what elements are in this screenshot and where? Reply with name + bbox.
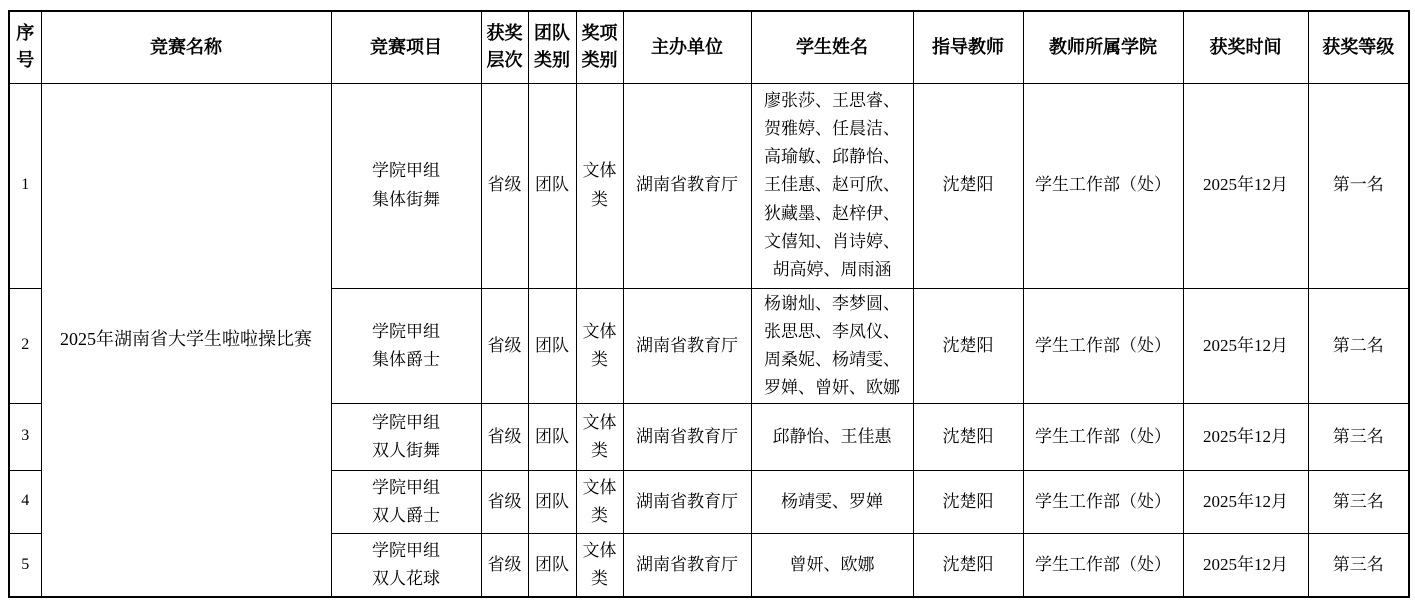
cell-serial: 4 bbox=[9, 470, 41, 533]
cell-award-level: 省级 bbox=[481, 403, 528, 470]
header-competition-name: 竞赛名称 bbox=[41, 11, 331, 83]
document-page: 序号 竞赛名称 竞赛项目 获奖层次 团队类别 奖项类别 主办单位 学生姓名 指导… bbox=[0, 0, 1415, 603]
cell-organizer: 湖南省教育厅 bbox=[623, 533, 751, 597]
cell-competition-event: 学院甲组 双人街舞 bbox=[331, 403, 481, 470]
cell-award-rank: 第一名 bbox=[1308, 83, 1409, 288]
cell-team-category: 团队 bbox=[528, 533, 576, 597]
cell-teacher-college: 学生工作部（处） bbox=[1023, 83, 1183, 288]
header-award-category: 奖项类别 bbox=[576, 11, 623, 83]
cell-award-level: 省级 bbox=[481, 83, 528, 288]
header-award-date: 获奖时间 bbox=[1183, 11, 1308, 83]
cell-award-rank: 第三名 bbox=[1308, 533, 1409, 597]
cell-teacher-college: 学生工作部（处） bbox=[1023, 403, 1183, 470]
cell-teacher-college: 学生工作部（处） bbox=[1023, 470, 1183, 533]
cell-advisor-teacher: 沈楚阳 bbox=[913, 288, 1023, 403]
header-organizer: 主办单位 bbox=[623, 11, 751, 83]
cell-competition-event: 学院甲组 双人爵士 bbox=[331, 470, 481, 533]
cell-teacher-college: 学生工作部（处） bbox=[1023, 533, 1183, 597]
header-competition-event: 竞赛项目 bbox=[331, 11, 481, 83]
header-serial: 序号 bbox=[9, 11, 41, 83]
cell-serial: 1 bbox=[9, 83, 41, 288]
cell-team-category: 团队 bbox=[528, 403, 576, 470]
cell-award-rank: 第三名 bbox=[1308, 470, 1409, 533]
cell-award-date: 2025年12月 bbox=[1183, 470, 1308, 533]
header-student-names: 学生姓名 bbox=[751, 11, 913, 83]
cell-advisor-teacher: 沈楚阳 bbox=[913, 470, 1023, 533]
cell-advisor-teacher: 沈楚阳 bbox=[913, 533, 1023, 597]
header-teacher-college: 教师所属学院 bbox=[1023, 11, 1183, 83]
cell-student-names: 廖张莎、王思睿、贺雅婷、任晨洁、高瑜敏、邱静怡、王佳惠、赵可欣、狄藏墨、赵梓伊、… bbox=[751, 83, 913, 288]
cell-serial: 5 bbox=[9, 533, 41, 597]
cell-award-level: 省级 bbox=[481, 533, 528, 597]
cell-team-category: 团队 bbox=[528, 83, 576, 288]
cell-competition-event: 学院甲组 双人花球 bbox=[331, 533, 481, 597]
header-award-level: 获奖层次 bbox=[481, 11, 528, 83]
cell-award-date: 2025年12月 bbox=[1183, 533, 1308, 597]
cell-teacher-college: 学生工作部（处） bbox=[1023, 288, 1183, 403]
cell-organizer: 湖南省教育厅 bbox=[623, 83, 751, 288]
cell-competition-event: 学院甲组 集体爵士 bbox=[331, 288, 481, 403]
cell-organizer: 湖南省教育厅 bbox=[623, 288, 751, 403]
header-team-category: 团队类别 bbox=[528, 11, 576, 83]
cell-student-names: 杨谢灿、李梦圆、张思思、李凤仪、周桑妮、杨靖雯、罗婵、曾妍、欧娜 bbox=[751, 288, 913, 403]
cell-serial: 2 bbox=[9, 288, 41, 403]
cell-award-date: 2025年12月 bbox=[1183, 288, 1308, 403]
cell-competition-name: 2025年湖南省大学生啦啦操比赛 bbox=[41, 83, 331, 597]
cell-team-category: 团队 bbox=[528, 288, 576, 403]
cell-award-category: 文体类 bbox=[576, 288, 623, 403]
cell-award-category: 文体类 bbox=[576, 403, 623, 470]
cell-award-rank: 第二名 bbox=[1308, 288, 1409, 403]
cell-award-category: 文体类 bbox=[576, 533, 623, 597]
cell-award-level: 省级 bbox=[481, 288, 528, 403]
cell-serial: 3 bbox=[9, 403, 41, 470]
cell-organizer: 湖南省教育厅 bbox=[623, 470, 751, 533]
cell-student-names: 邱静怡、王佳惠 bbox=[751, 403, 913, 470]
cell-award-category: 文体类 bbox=[576, 470, 623, 533]
header-advisor-teacher: 指导教师 bbox=[913, 11, 1023, 83]
cell-student-names: 杨靖雯、罗婵 bbox=[751, 470, 913, 533]
cell-advisor-teacher: 沈楚阳 bbox=[913, 403, 1023, 470]
cell-student-names: 曾妍、欧娜 bbox=[751, 533, 913, 597]
cell-award-category: 文体类 bbox=[576, 83, 623, 288]
header-award-rank: 获奖等级 bbox=[1308, 11, 1409, 83]
cell-award-level: 省级 bbox=[481, 470, 528, 533]
table-row: 1 2025年湖南省大学生啦啦操比赛 学院甲组 集体街舞 省级 团队 文体类 湖… bbox=[9, 83, 1409, 288]
cell-competition-event: 学院甲组 集体街舞 bbox=[331, 83, 481, 288]
cell-organizer: 湖南省教育厅 bbox=[623, 403, 751, 470]
table-header-row: 序号 竞赛名称 竞赛项目 获奖层次 团队类别 奖项类别 主办单位 学生姓名 指导… bbox=[9, 11, 1409, 83]
cell-advisor-teacher: 沈楚阳 bbox=[913, 83, 1023, 288]
cell-team-category: 团队 bbox=[528, 470, 576, 533]
cell-award-rank: 第三名 bbox=[1308, 403, 1409, 470]
awards-table: 序号 竞赛名称 竞赛项目 获奖层次 团队类别 奖项类别 主办单位 学生姓名 指导… bbox=[8, 10, 1410, 598]
cell-award-date: 2025年12月 bbox=[1183, 403, 1308, 470]
cell-award-date: 2025年12月 bbox=[1183, 83, 1308, 288]
